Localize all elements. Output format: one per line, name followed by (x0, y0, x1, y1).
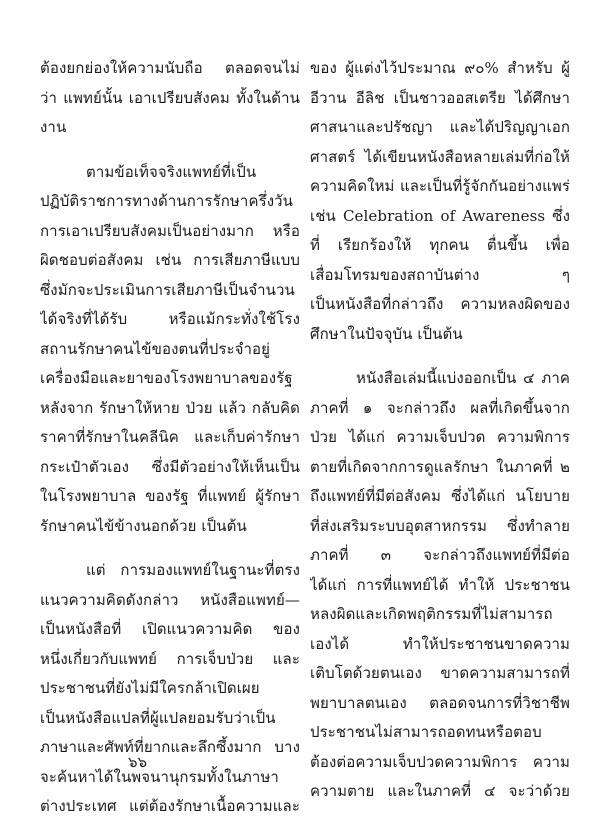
text-line: ผิดชอบต่อสังคม เช่น การเสียภาษีแบบเหมาจ่… (40, 246, 300, 276)
text-line: หนังสือเล่มนี้แบ่งออกเป็น ๔ ภาค ซึ่งใน (310, 364, 570, 394)
text-line: ศึกษาในปัจจุบัน เป็นต้น (310, 320, 570, 350)
text-line: ต่างประเทศ แต่ต้องรักษาเนื้อความและสำนวน (40, 792, 300, 822)
paragraph: หนังสือเล่มนี้แบ่งออกเป็น ๔ ภาค ซึ่งในภา… (310, 364, 570, 807)
text-line: เครื่องมือและยาของโรงพยาบาลของรัฐ แต่เวล… (40, 364, 300, 394)
text-line: ศาสตร์ ได้เขียนหนังสือหลายเล่มที่ก่อให้เ… (310, 143, 570, 173)
text-line: แนวความคิดดังกล่าว หนังสือแพทย์—เทพเจ้าก… (40, 586, 300, 616)
text-line: ได้จริงที่ได้รับ หรือแม้กระทั่งใช้โรงพยา… (40, 305, 300, 335)
text-line: ประชาชนไม่สามารถอดทนหรือตอบสนองอย่างถูก- (310, 718, 570, 748)
text-line: ถึงแพทย์ที่มีต่อสังคม ซึ่งได้แก่ นโยบายส… (310, 482, 570, 512)
text-line: ประชาชนที่ยังไม่มีใครกล้าเปิดเผย หนังสือ… (40, 674, 300, 704)
text-line: เช่น Celebration of Awareness ซึ่งเป็นหน… (310, 202, 570, 232)
text-line: เองได้ ทำให้ประชาชนขาดความสามารถที่จะเจร… (310, 630, 570, 660)
text-line: เสื่อมโทรมของสถาบันต่าง ๆ Deschooling So… (310, 261, 570, 291)
text-line: ที่ เรียกร้องให้ ทุกคน ตื่นขึ้น เพื่อ ตร… (310, 231, 570, 261)
text-line: หลังจาก รักษาให้หาย ป่วย แล้ว กลับคิด ค่… (40, 394, 300, 424)
text-columns: ต้องยกย่องให้ความนับถือ ตลอดจนไม่บังอาจจ… (0, 0, 600, 822)
text-line: ภาคที่ ๓ จะกล่าวถึงแพทย์ที่มีต่อโครงสร้า… (310, 541, 570, 571)
right-text-column: ของ ผู้แต่งไว้ประมาณ ๙๐% สำหรับ ผู้เขียน… (310, 54, 570, 822)
text-line: ราคาที่รักษาในคลีนิค และเก็บค่ารักษานั้น… (40, 423, 300, 453)
text-line: ที่ส่งเสริมระบบอุตสาหกรรม ซึ่งทำลายสุขภา… (310, 512, 570, 542)
text-line: หนึ่งเกี่ยวกับแพทย์ การเจ็บป่วย และสุขภา… (40, 645, 300, 675)
text-line: รักษาคนไข้ข้างนอกด้วย เป็นต้น (40, 512, 300, 542)
text-line: ตายที่เกิดจากการดูแลรักษา ในภาคที่ ๒ จะก… (310, 453, 570, 483)
text-line: ของ ผู้แต่งไว้ประมาณ ๙๐% สำหรับ ผู้เขียน… (310, 54, 570, 84)
text-line: ความคิดใหม่ และเป็นที่รู้จักกันอย่างแพร่… (310, 172, 570, 202)
text-line: จะค้นหาได้ในพจนานุกรมทั้งในภาษาไทยและภาษ… (40, 763, 300, 793)
text-line: อีวาน อีลิช เป็นชาวออสเตรีย ได้ศึกษาเกี่… (310, 84, 570, 114)
paragraph: ตามข้อเท็จจริงแพทย์ที่เป็นข้าราชการมักจะ… (40, 158, 300, 542)
text-line: งาน (40, 113, 300, 143)
text-line: ตามข้อเท็จจริงแพทย์ที่เป็นข้าราชการมักจะ (40, 158, 300, 188)
text-line: ภาคที่ ๑ จะกล่าวถึง ผลที่เกิดขึ้นจากแพทย… (310, 394, 570, 424)
text-line: กระเป๋าตัวเอง ซึ่งมีตัวอย่างให้เห็นเป็นจ… (40, 453, 300, 483)
text-line: ในโรงพยาบาล ของรัฐ ที่แพทย์ ผู้รักษา เปิ… (40, 482, 300, 512)
text-line: สถานรักษาคนไข้ของตนที่ประจำอยู่คลีนิค โด… (40, 335, 300, 365)
text-line: การเอาเปรียบสังคมเป็นอย่างมาก หรือการไม่… (40, 217, 300, 247)
text-line: เติบโตด้วยตนเอง ขาดความสามารถที่จะรักษา (310, 659, 570, 689)
text-line: เป็นหนังสือที่กล่าวถึง ความหลงผิดของระบบ… (310, 290, 570, 320)
paragraph: ของ ผู้แต่งไว้ประมาณ ๙๐% สำหรับ ผู้เขียน… (310, 54, 570, 349)
text-line: ศาสนาและปรัชญา และได้ปริญญาเอกทางประวัติ (310, 113, 570, 143)
text-line: ได้แก่ การที่แพทย์ได้ ทำให้ ประชาชน เกิด… (310, 571, 570, 601)
text-line: แต่ การมองแพทย์ในฐานะที่ตรงกันข้ามกับ (40, 556, 300, 586)
text-line: ป่วย ได้แก่ ความเจ็บปวด ความพิการและความ (310, 423, 570, 453)
text-line: ว่า แพทย์นั้น เอาเปรียบสังคม ทั้งในด้าน … (40, 84, 300, 114)
text-line: พยาบาลตนเอง ตลอดจนการที่วิชาชีพแพทย์ทำให… (310, 689, 570, 719)
text-line: ต้องยกย่องให้ความนับถือ ตลอดจนไม่บังอาจจ… (40, 54, 300, 84)
paragraph: แต่ การมองแพทย์ในฐานะที่ตรงกันข้ามกับแนว… (40, 556, 300, 822)
text-line: ความตาย และในภาคที่ ๔ จะว่าด้วยการที่รื้… (310, 777, 570, 807)
scanned-book-page: ต้องยกย่องให้ความนับถือ ตลอดจนไม่บังอาจจ… (0, 0, 600, 831)
text-line: ต้องต่อความเจ็บปวดความพิการ ความขมขื่น แ… (310, 748, 570, 778)
left-text-column: ต้องยกย่องให้ความนับถือ ตลอดจนไม่บังอาจจ… (40, 54, 300, 822)
text-line: ปฏิบัติราชการทางด้านการรักษาครึ่งวัน ถือ… (40, 187, 300, 217)
text-line: ซึ่งมักจะประเมินการเสียภาษีเป็นจำนวนต่ำก… (40, 276, 300, 306)
text-line: ภาษาและศัพท์ที่ยากและลึกซึ้งมาก บางคำไม่… (40, 733, 300, 763)
text-line: หลงผิดและเกิดพฤติกรรมที่ไม่สามารถดูแลรัก… (310, 600, 570, 630)
text-line: เป็นหนังสือที่ เปิดแนวความคิด ของ ประชาช… (40, 615, 300, 645)
text-line: เป็นหนังสือแปลที่ผู้แปลยอมรับว่าเป็นหนัง… (40, 704, 300, 734)
paragraph: ต้องยกย่องให้ความนับถือ ตลอดจนไม่บังอาจจ… (40, 54, 300, 143)
page-number: ๖๖ (128, 750, 147, 774)
